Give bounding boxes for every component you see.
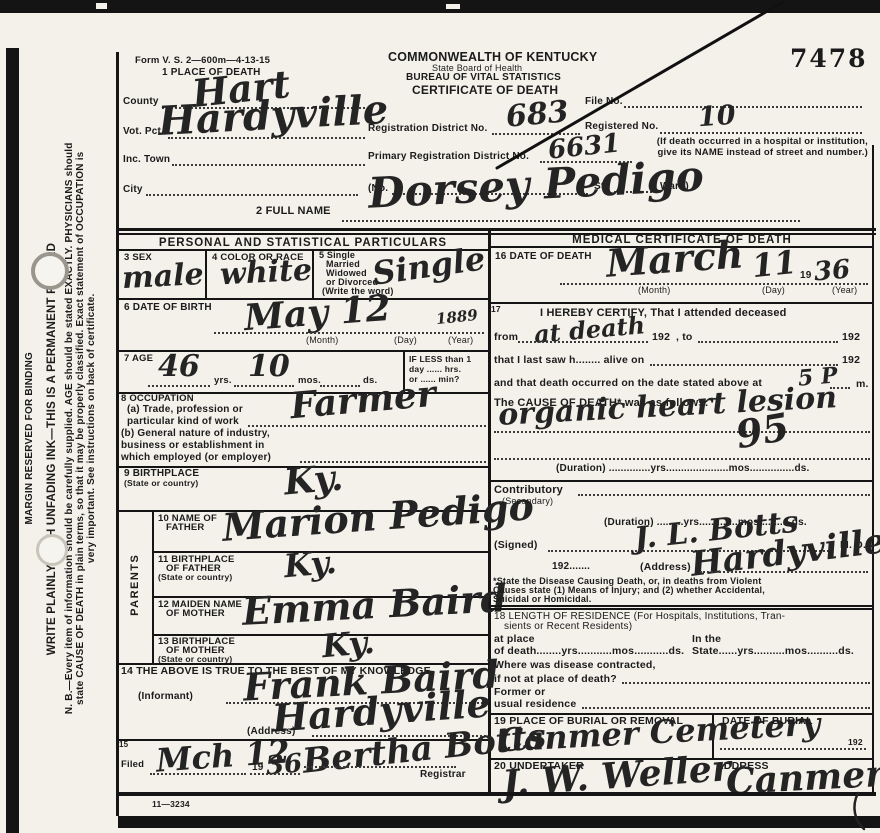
file-no-line — [624, 106, 862, 108]
filed-date-line — [150, 773, 246, 775]
dod-year-value: 36 — [813, 256, 851, 285]
yrs-label: yrs. — [214, 376, 232, 386]
registrar-line — [304, 766, 456, 768]
birthplace-value: Ky. — [283, 459, 345, 500]
at-place-label: at place — [494, 634, 535, 645]
day-label: (Day) — [762, 286, 785, 295]
punch-hole — [36, 534, 68, 566]
signed-address-label: (Address) — [640, 562, 691, 573]
former-label: Former or — [494, 687, 545, 698]
if-less-note: day ...... hrs. — [409, 365, 461, 374]
occupation-label: 8 OCCUPATION — [121, 394, 194, 404]
dod-label: 16 DATE OF DEATH — [495, 252, 592, 263]
usual-residence-label: usual residence — [494, 699, 576, 710]
contributory-line — [578, 494, 870, 496]
residence-label: sients or Recent Residents) — [504, 622, 632, 633]
age-line — [148, 385, 210, 387]
vot-pct-value: Hardyville — [157, 90, 389, 142]
dob-label: 6 DATE OF BIRTH — [124, 303, 212, 314]
burial-date-year: 192 — [848, 738, 863, 747]
father-birthplace-label: (State or country) — [158, 573, 232, 582]
margin-nb-line1: N. B.—Every item of information should b… — [65, 83, 76, 773]
dod-line — [560, 283, 868, 285]
margin-nb-line2: state CAUSE OF DEATH in plain terms, so … — [76, 83, 87, 773]
to-line — [698, 341, 838, 343]
color-race-value: white — [219, 256, 312, 291]
registered-no-value: 10 — [697, 102, 736, 132]
city-line — [146, 194, 358, 196]
burial-date-label: DATE OF BURIAL — [722, 716, 813, 727]
header-rule — [118, 228, 876, 231]
from-year: 192 — [652, 332, 670, 343]
father-name-label: FATHER — [166, 523, 205, 533]
scan-speck — [446, 4, 460, 9]
occupation-b-label: (b) General nature of industry, — [121, 429, 270, 440]
birthplace-sub-label: (State or country) — [124, 479, 198, 488]
scan-bottom-edge — [118, 816, 880, 828]
rule — [490, 302, 874, 304]
age-months-value: 10 — [248, 352, 290, 382]
dod-month-value: March — [605, 235, 745, 282]
occupation-b-label: which employed (or employer) — [121, 453, 271, 464]
month-label: (Month) — [638, 286, 670, 295]
full-name-label: 2 FULL NAME — [256, 206, 331, 218]
file-no-label: File No. — [585, 97, 623, 108]
county-label: County — [123, 97, 159, 108]
punch-hole — [31, 252, 69, 290]
to-label: , to — [676, 332, 693, 343]
scan-speck — [96, 3, 107, 9]
year-label: (Year) — [448, 336, 473, 345]
cause-footnote: Suicidal or Homicidal. — [493, 595, 591, 604]
burial-date-line — [720, 748, 866, 750]
to-year: 192 — [842, 332, 860, 343]
month-label: (Month) — [306, 336, 338, 345]
occupation-a-label: particular kind of work — [127, 417, 239, 428]
filed-year-line — [250, 773, 300, 775]
duration-line1: (Duration) ..............yrs............… — [556, 464, 810, 475]
if-not-line — [622, 682, 870, 684]
rule — [490, 480, 874, 482]
mother-name-label: OF MOTHER — [166, 609, 225, 619]
city-label: City — [123, 185, 143, 196]
age-label: 7 AGE — [124, 354, 153, 364]
filed-year-pre: 19 — [252, 763, 264, 774]
contributory-label: Contributory — [494, 485, 563, 497]
cause-scribble: 95 — [733, 408, 792, 455]
rule — [490, 608, 874, 610]
parents-vertical-label: PARENTS — [130, 545, 142, 625]
certify-num: 17 — [491, 305, 501, 314]
m-label: m. — [856, 379, 869, 390]
filed-year-value: 36 — [265, 750, 303, 779]
of-death-line: of death........yrs...........mos.......… — [494, 646, 684, 657]
state-line: State......yrs..........mos..........ds. — [692, 646, 854, 657]
certificate-title: CERTIFICATE OF DEATH — [412, 84, 558, 97]
where-contracted-label: Where was disease contracted, — [494, 660, 656, 671]
occupation-b-label: business or establishment in — [121, 441, 264, 452]
death-certificate-scan: MARGIN RESERVED FOR BINDING WRITE PLAINL… — [0, 0, 880, 833]
rule — [490, 605, 874, 607]
margin-nb-line3: very important. See instructions on back… — [87, 83, 98, 773]
registered-no-line — [660, 132, 862, 134]
dob-line — [214, 332, 484, 334]
reg-district-label: Registration District No. — [368, 124, 487, 135]
if-less-note: IF LESS than 1 — [409, 355, 471, 364]
occupation-a-label: (a) Trade, profession or — [127, 405, 243, 416]
last-saw-text: that I last saw h........ alive on — [494, 355, 644, 366]
bureau-subtitle: BUREAU OF VITAL STATISTICS — [406, 73, 561, 84]
cause-line — [494, 458, 870, 460]
cause-line — [494, 431, 870, 433]
rule — [312, 249, 314, 298]
margin-write-plainly-text: WRITE PLAINLY, WITH UNFADING INK—THIS IS… — [46, 129, 58, 769]
signed-label: (Signed) — [494, 540, 538, 551]
sex-value: male — [121, 260, 204, 294]
mother-birthplace-value: Ky. — [321, 626, 376, 662]
secondary-label: (Secondary) — [502, 497, 553, 506]
filed-label: Filed — [121, 760, 144, 770]
informant-label: (Informant) — [138, 692, 193, 703]
age-line — [234, 385, 294, 387]
scan-left-binding-bar — [6, 48, 19, 833]
form-code: 11—3234 — [152, 800, 190, 809]
reg-district-value: 683 — [505, 97, 570, 132]
form-left-border — [116, 52, 119, 816]
rule — [152, 510, 154, 663]
from-label: from — [494, 332, 518, 343]
age-years-value: 46 — [158, 352, 200, 382]
from-line — [518, 341, 648, 343]
mother-name-value: Emma Baird — [241, 579, 508, 631]
dod-year-pre: 19 — [800, 271, 812, 282]
last-saw-year: 192 — [842, 355, 860, 366]
day-label: (Day) — [394, 336, 417, 345]
in-the-label: In the — [692, 634, 721, 645]
full-name-line — [342, 220, 800, 222]
margin-binding-text: MARGIN RESERVED FOR BINDING — [25, 323, 36, 553]
registrar-label: Registrar — [420, 770, 466, 781]
dob-year-value: 1889 — [435, 308, 478, 327]
occupation-value: Farmer — [289, 376, 437, 425]
signed-address-line — [700, 571, 868, 573]
dod-day-value: 11 — [750, 246, 798, 282]
occupation-a-line — [248, 425, 486, 427]
year-label: (Year) — [832, 286, 857, 295]
rule — [205, 249, 207, 298]
form-bottom-border — [118, 792, 876, 796]
filed-num: 15 — [119, 741, 128, 749]
if-not-label: if not at place of death? — [494, 674, 617, 685]
inc-town-label: Inc. Town — [123, 155, 170, 166]
full-name-value: Dorsey Pedigo — [367, 155, 705, 215]
father-birthplace-value: Ky. — [283, 546, 338, 582]
serial-number: 7478 — [790, 46, 868, 72]
scan-top-edge — [0, 0, 880, 13]
dob-value: May 12 — [243, 290, 392, 336]
signed-year: 192....... — [552, 562, 590, 573]
inc-town-line — [172, 164, 365, 166]
